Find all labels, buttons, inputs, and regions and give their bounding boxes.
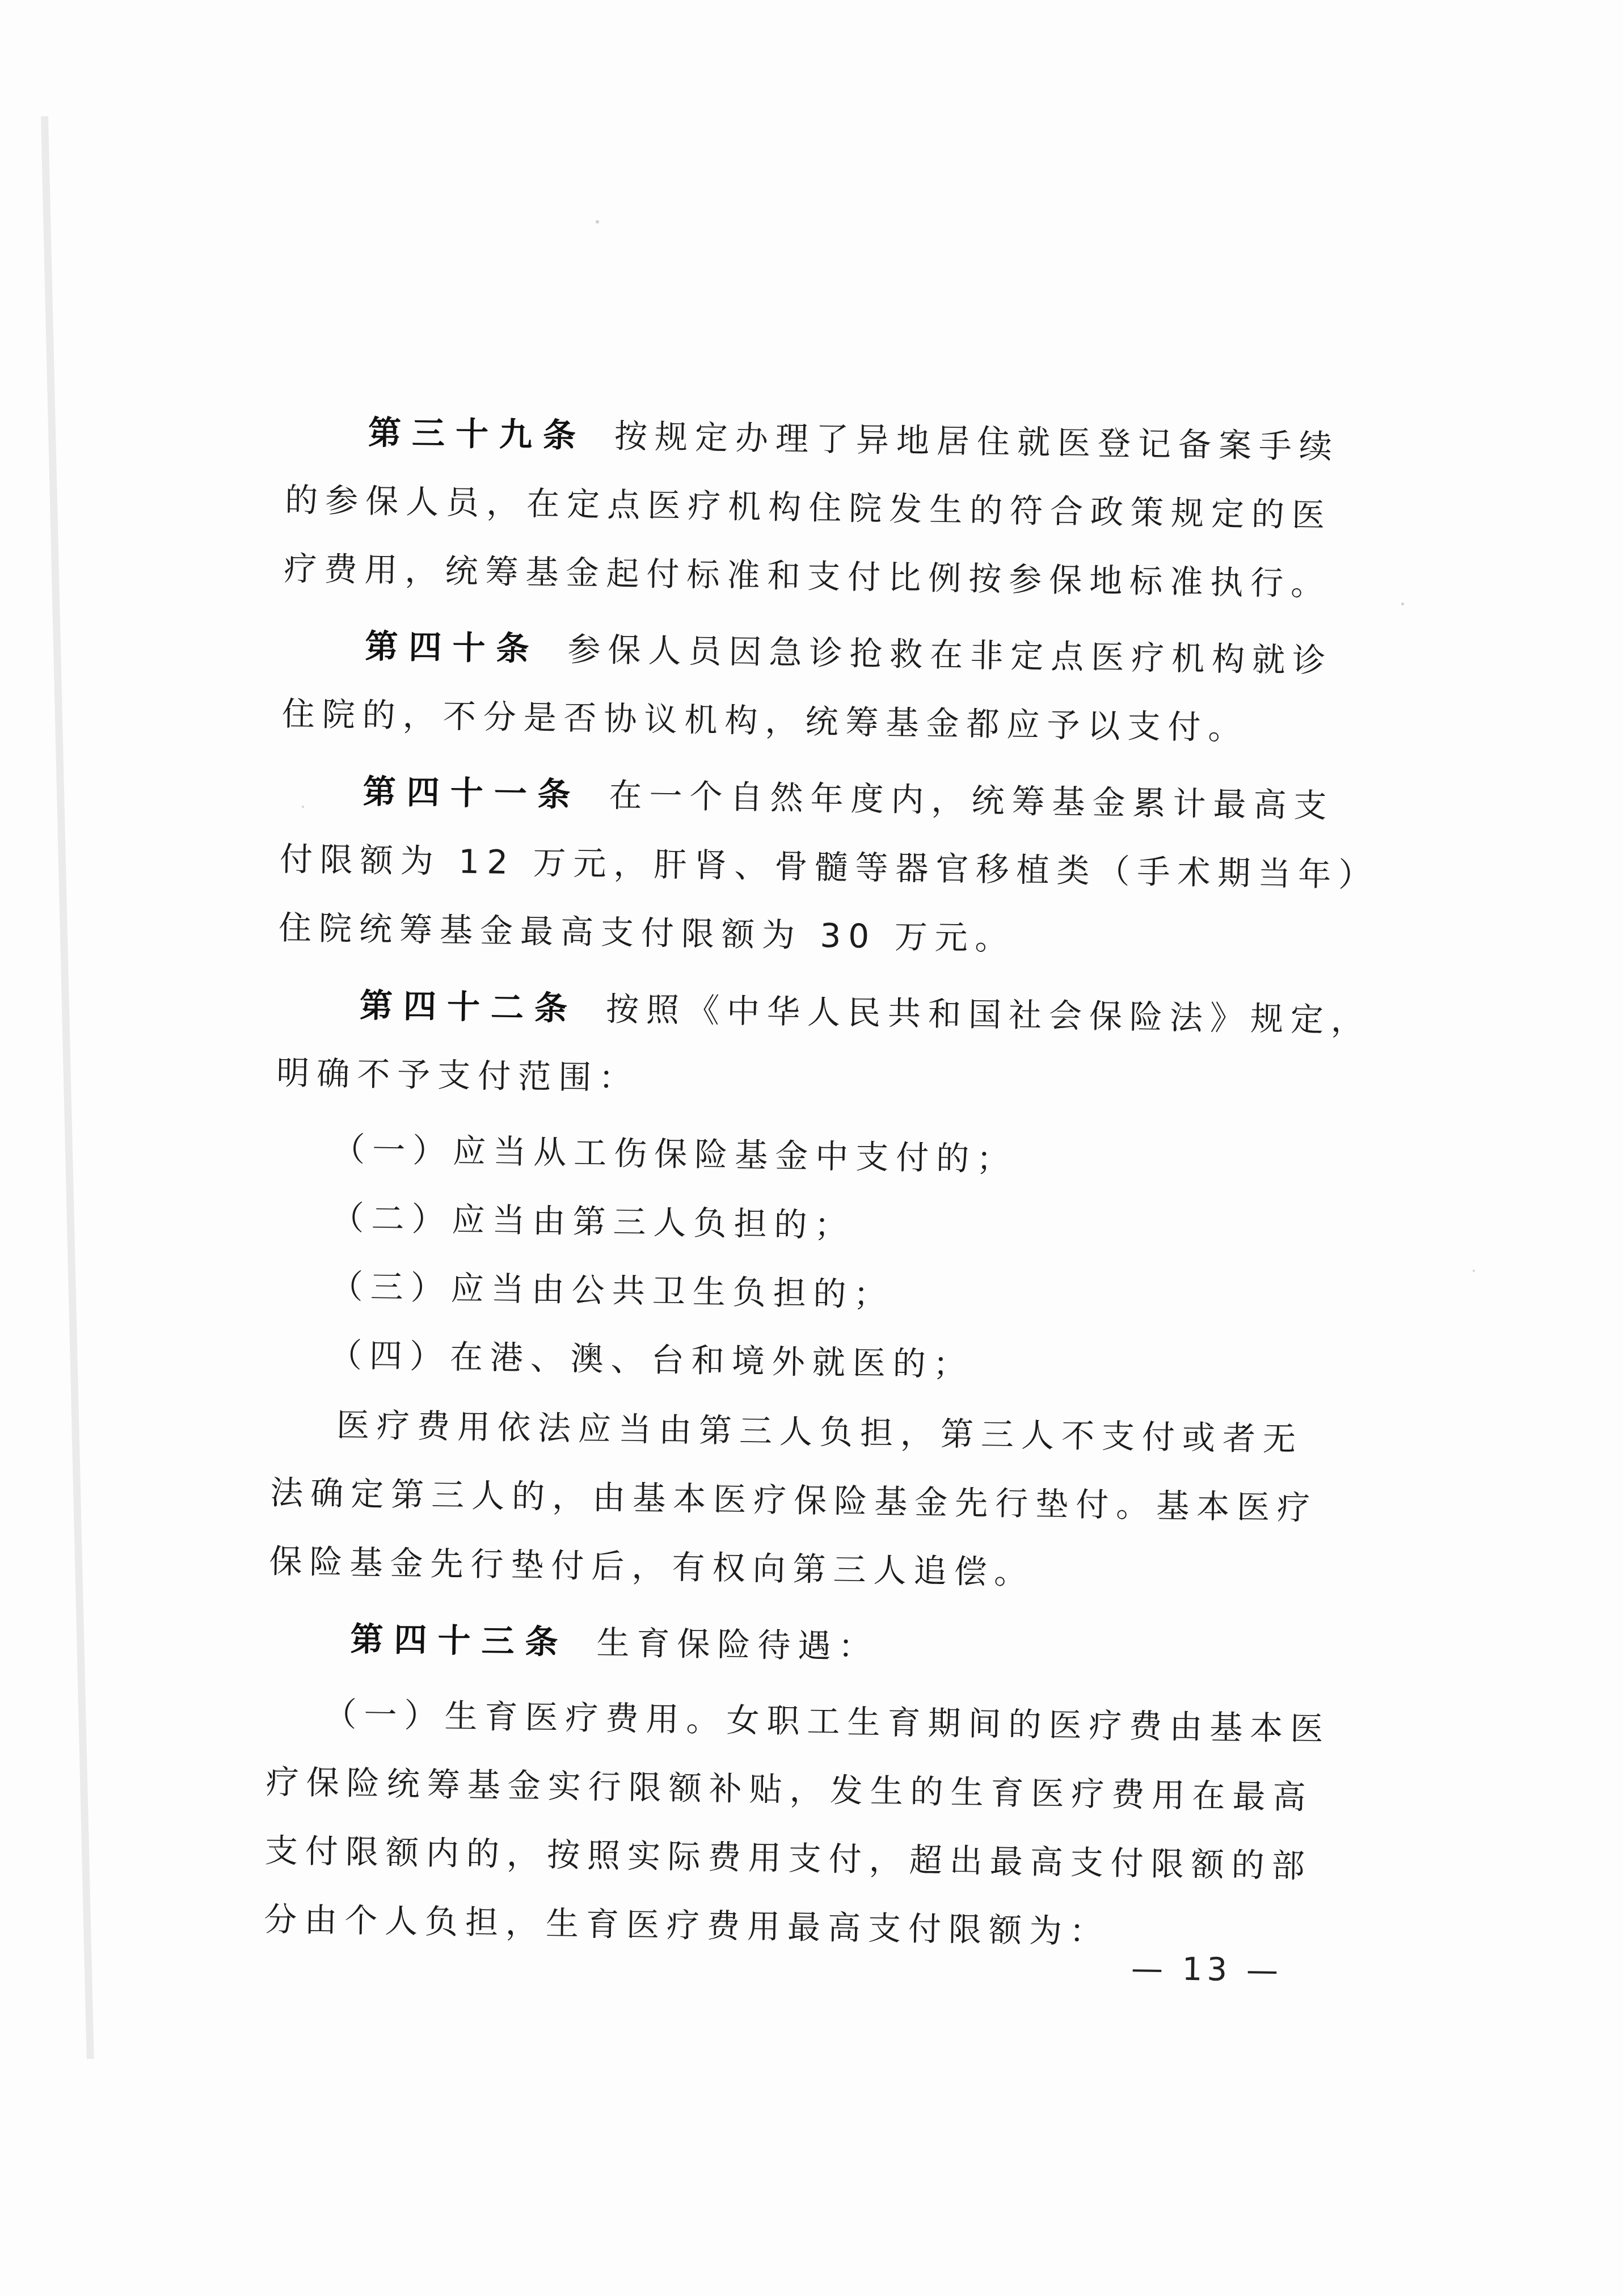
article-text: 参保人员因急诊抢救在非定点医疗机构就诊: [567, 630, 1333, 680]
article-40-paragraph: 第四十条参保人员因急诊抢救在非定点医疗机构就诊 住院的，不分是否协议机构，统筹基…: [281, 611, 1406, 765]
article-41-paragraph: 第四十一条在一个自然年度内，统筹基金累计最高支 付限额为 12 万元，肝肾、骨髓…: [278, 756, 1404, 979]
document-text-block: 第三十九条按规定办理了异地居住就医登记备案手续 的参保人员，在定点医疗机构住院发…: [263, 397, 1409, 1970]
article-text: 按规定办理了异地居住就医登记备案手续: [614, 417, 1340, 466]
third-party-paragraph: 医疗费用依法应当由第三人负担，第三人不支付或者无 法确定第三人的，由基本医疗保险…: [269, 1390, 1395, 1612]
article-heading: 第四十二条: [360, 986, 579, 1028]
body-line: 第四十三条生育保险待遇：: [268, 1604, 1392, 1689]
scan-speckle: [1473, 1270, 1475, 1272]
left-scan-band: [41, 116, 94, 2059]
scan-speckle: [596, 220, 599, 224]
article-text: 在一个自然年度内，统筹基金累计最高支: [609, 776, 1334, 825]
article-text: 生育保险待遇：: [596, 1623, 879, 1666]
article-43-paragraph: 第四十三条生育保险待遇：: [268, 1604, 1392, 1689]
maternity-paragraph: （一）生育医疗费用。女职工生育期间的医疗费由基本医 疗保险统筹基金实行限额补贴，…: [263, 1679, 1390, 1970]
scanned-document-page: { "page_number": "— 13 —", "content": { …: [0, 0, 1623, 2296]
article-heading: 第四十条: [365, 627, 540, 668]
article-heading: 第三十九条: [368, 413, 587, 455]
article-39-paragraph: 第三十九条按规定办理了异地居住就医登记备案手续 的参保人员，在定点医疗机构住院发…: [284, 397, 1410, 620]
page-number: — 13 —: [1131, 1950, 1283, 1989]
article-heading: 第四十一条: [362, 772, 581, 814]
article-heading: 第四十三条: [350, 1620, 569, 1662]
article-42-paragraph: 第四十二条按照《中华人民共和国社会保险法》规定， 明确不予支付范围：: [276, 970, 1401, 1124]
article-text: 按照《中华人民共和国社会保险法》规定，: [606, 989, 1372, 1039]
